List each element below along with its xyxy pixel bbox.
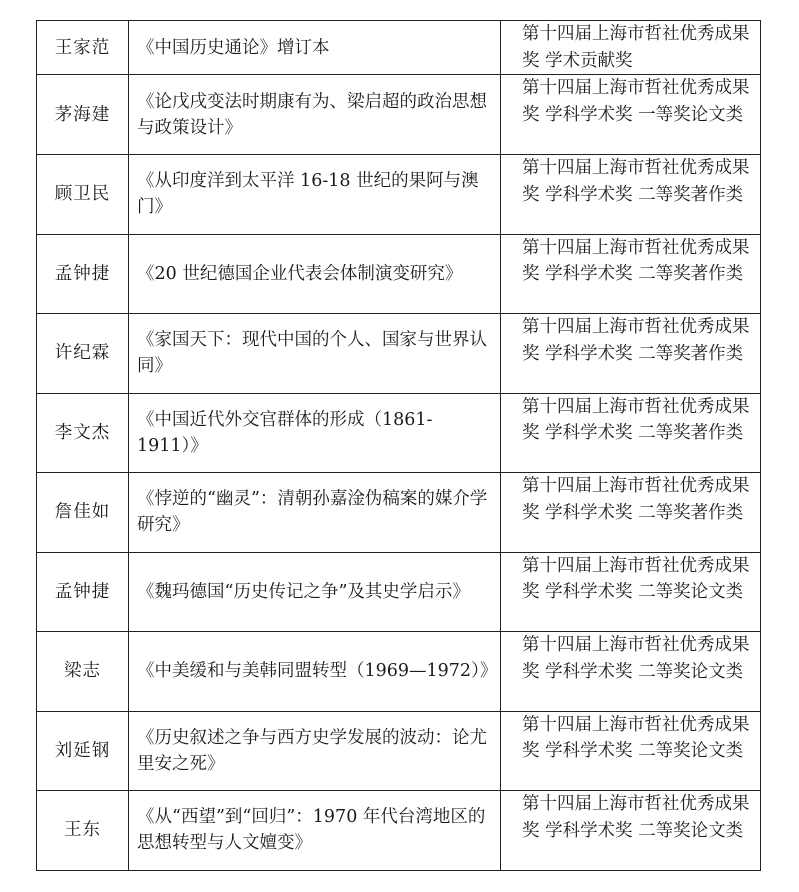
award-cell: 第十四届上海市哲社优秀成果奖 学科学术奖 二等奖著作类 — [501, 155, 761, 235]
award-cell: 第十四届上海市哲社优秀成果奖 学科学术奖 二等奖论文类 — [501, 552, 761, 632]
work-title-cell: 《中国近代外交官群体的形成（1861-1911）》 — [129, 393, 501, 473]
work-title-cell: 《20 世纪德国企业代表会体制演变研究》 — [129, 234, 501, 314]
work-title-cell: 《历史叙述之争与西方史学发展的波动：论尤里安之死》 — [129, 711, 501, 791]
author-cell: 王东 — [37, 791, 129, 871]
author-cell: 梁志 — [37, 632, 129, 712]
award-text: 第十四届上海市哲社优秀成果奖 学科学术奖 二等奖论文类 — [508, 553, 756, 606]
table-row: 王家范 《中国历史通论》增订本 第十四届上海市哲社优秀成果奖 学术贡献奖 — [37, 21, 761, 75]
table-row: 梁志 《中美缓和与美韩同盟转型（1969—1972）》 第十四届上海市哲社优秀成… — [37, 632, 761, 712]
table-row: 詹佳如 《悖逆的“幽灵”：清朝孙嘉淦伪稿案的媒介学研究》 第十四届上海市哲社优秀… — [37, 473, 761, 553]
award-cell: 第十四届上海市哲社优秀成果奖 学科学术奖 二等奖论文类 — [501, 791, 761, 871]
work-title-cell: 《从印度洋到太平洋 16-18 世纪的果阿与澳门》 — [129, 155, 501, 235]
awards-table: 王家范 《中国历史通论》增订本 第十四届上海市哲社优秀成果奖 学术贡献奖 茅海建… — [36, 20, 761, 871]
award-text: 第十四届上海市哲社优秀成果奖 学科学术奖 二等奖著作类 — [508, 473, 756, 526]
work-title-cell: 《家国天下：现代中国的个人、国家与世界认同》 — [129, 314, 501, 394]
award-text: 第十四届上海市哲社优秀成果奖 学科学术奖 一等奖论文类 — [508, 75, 756, 128]
award-cell: 第十四届上海市哲社优秀成果奖 学科学术奖 一等奖论文类 — [501, 75, 761, 155]
author-cell: 孟钟捷 — [37, 234, 129, 314]
award-cell: 第十四届上海市哲社优秀成果奖 学科学术奖 二等奖著作类 — [501, 473, 761, 553]
award-cell: 第十四届上海市哲社优秀成果奖 学术贡献奖 — [501, 21, 761, 75]
author-cell: 詹佳如 — [37, 473, 129, 553]
award-text: 第十四届上海市哲社优秀成果奖 学科学术奖 二等奖论文类 — [508, 632, 756, 685]
author-cell: 茅海建 — [37, 75, 129, 155]
award-text: 第十四届上海市哲社优秀成果奖 学科学术奖 二等奖论文类 — [508, 712, 756, 765]
table-row: 刘延钢 《历史叙述之争与西方史学发展的波动：论尤里安之死》 第十四届上海市哲社优… — [37, 711, 761, 791]
work-title-cell: 《悖逆的“幽灵”：清朝孙嘉淦伪稿案的媒介学研究》 — [129, 473, 501, 553]
work-title-cell: 《魏玛德国“历史传记之争”及其史学启示》 — [129, 552, 501, 632]
award-cell: 第十四届上海市哲社优秀成果奖 学科学术奖 二等奖著作类 — [501, 393, 761, 473]
award-cell: 第十四届上海市哲社优秀成果奖 学科学术奖 二等奖著作类 — [501, 234, 761, 314]
table-row: 孟钟捷 《20 世纪德国企业代表会体制演变研究》 第十四届上海市哲社优秀成果奖 … — [37, 234, 761, 314]
table-row: 王东 《从“西望”到“回归”：1970 年代台湾地区的思想转型与人文嬗变》 第十… — [37, 791, 761, 871]
award-text: 第十四届上海市哲社优秀成果奖 学科学术奖 二等奖著作类 — [508, 155, 756, 208]
award-cell: 第十四届上海市哲社优秀成果奖 学科学术奖 二等奖论文类 — [501, 632, 761, 712]
author-cell: 孟钟捷 — [37, 552, 129, 632]
author-cell: 王家范 — [37, 21, 129, 75]
award-text: 第十四届上海市哲社优秀成果奖 学科学术奖 二等奖著作类 — [508, 314, 756, 367]
table-row: 茅海建 《论戊戌变法时期康有为、梁启超的政治思想与政策设计》 第十四届上海市哲社… — [37, 75, 761, 155]
author-cell: 李文杰 — [37, 393, 129, 473]
work-title-cell: 《中美缓和与美韩同盟转型（1969—1972）》 — [129, 632, 501, 712]
award-text: 第十四届上海市哲社优秀成果奖 学科学术奖 二等奖著作类 — [508, 394, 756, 447]
table-row: 孟钟捷 《魏玛德国“历史传记之争”及其史学启示》 第十四届上海市哲社优秀成果奖 … — [37, 552, 761, 632]
table-row: 许纪霖 《家国天下：现代中国的个人、国家与世界认同》 第十四届上海市哲社优秀成果… — [37, 314, 761, 394]
table-row: 顾卫民 《从印度洋到太平洋 16-18 世纪的果阿与澳门》 第十四届上海市哲社优… — [37, 155, 761, 235]
award-text: 第十四届上海市哲社优秀成果奖 学科学术奖 二等奖著作类 — [508, 235, 756, 288]
work-title-cell: 《中国历史通论》增订本 — [129, 21, 501, 75]
work-title-cell: 《从“西望”到“回归”：1970 年代台湾地区的思想转型与人文嬗变》 — [129, 791, 501, 871]
work-title-cell: 《论戊戌变法时期康有为、梁启超的政治思想与政策设计》 — [129, 75, 501, 155]
award-cell: 第十四届上海市哲社优秀成果奖 学科学术奖 二等奖著作类 — [501, 314, 761, 394]
author-cell: 许纪霖 — [37, 314, 129, 394]
award-text: 第十四届上海市哲社优秀成果奖 学术贡献奖 — [508, 21, 756, 74]
author-cell: 刘延钢 — [37, 711, 129, 791]
table-row: 李文杰 《中国近代外交官群体的形成（1861-1911）》 第十四届上海市哲社优… — [37, 393, 761, 473]
award-text: 第十四届上海市哲社优秀成果奖 学科学术奖 二等奖论文类 — [508, 791, 756, 844]
award-cell: 第十四届上海市哲社优秀成果奖 学科学术奖 二等奖论文类 — [501, 711, 761, 791]
author-cell: 顾卫民 — [37, 155, 129, 235]
